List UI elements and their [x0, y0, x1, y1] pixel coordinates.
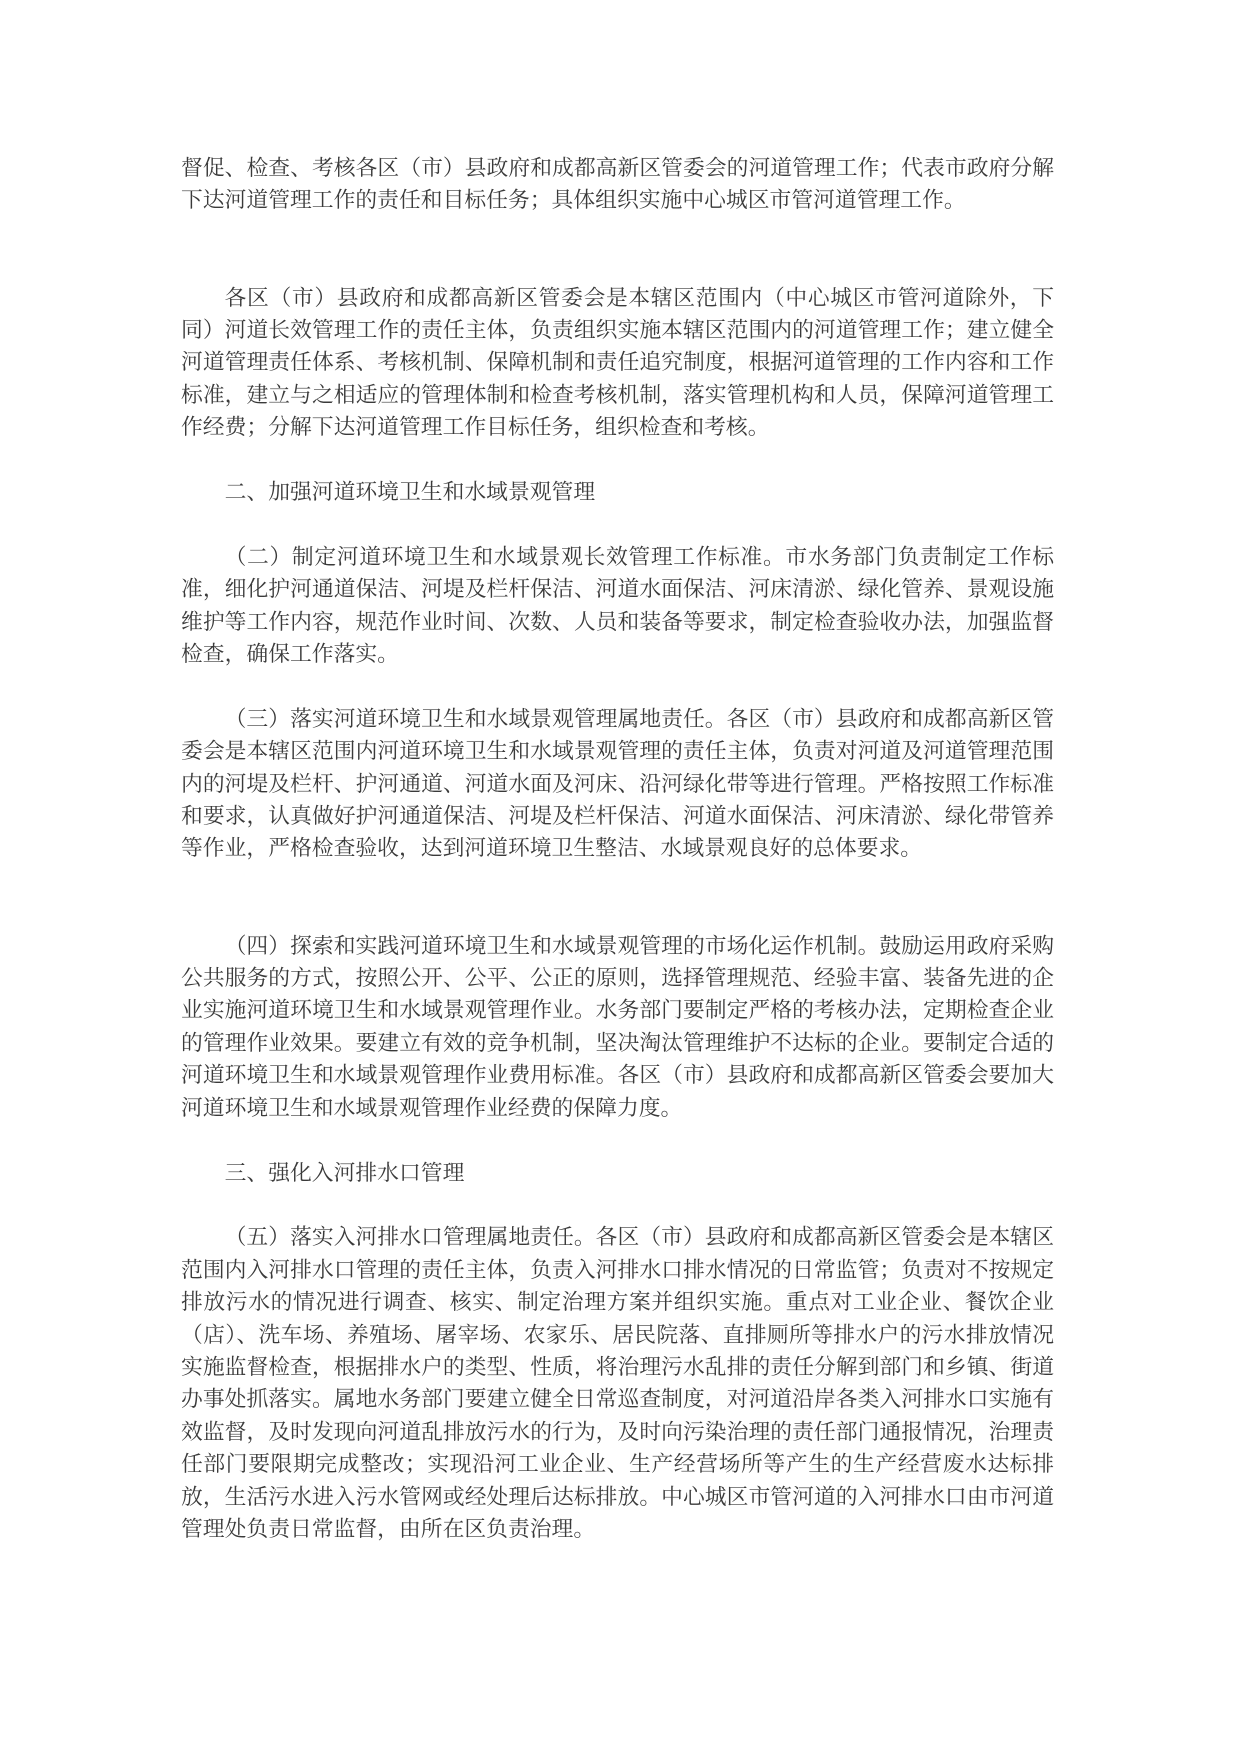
- section-heading-2: 二、加强河道环境卫生和水域景观管理: [181, 476, 1054, 508]
- paragraph-item-2-work-standards: （二）制定河道环境卫生和水域景观长效管理工作标准。市水务部门负责制定工作标准，细…: [181, 541, 1054, 671]
- paragraph-item-4-market-mechanism: （四）探索和实践河道环境卫生和水域景观管理的市场化运作机制。鼓励运用政府采购公共…: [181, 930, 1054, 1124]
- paragraph-item-5-outfall-responsibility: （五）落实入河排水口管理属地责任。各区（市）县政府和成都高新区管委会是本辖区范围…: [181, 1221, 1054, 1545]
- section-heading-3: 三、强化入河排水口管理: [181, 1157, 1054, 1189]
- paragraph-continuation-city-duties: 督促、检查、考核各区（市）县政府和成都高新区管委会的河道管理工作；代表市政府分解…: [181, 152, 1054, 217]
- paragraph-item-3-territorial-responsibility: （三）落实河道环境卫生和水域景观管理属地责任。各区（市）县政府和成都高新区管委会…: [181, 703, 1054, 865]
- document-page: 督促、检查、考核各区（市）县政府和成都高新区管委会的河道管理工作；代表市政府分解…: [0, 0, 1241, 1754]
- paragraph-district-responsibility: 各区（市）县政府和成都高新区管委会是本辖区范围内（中心城区市管河道除外，下同）河…: [181, 282, 1054, 444]
